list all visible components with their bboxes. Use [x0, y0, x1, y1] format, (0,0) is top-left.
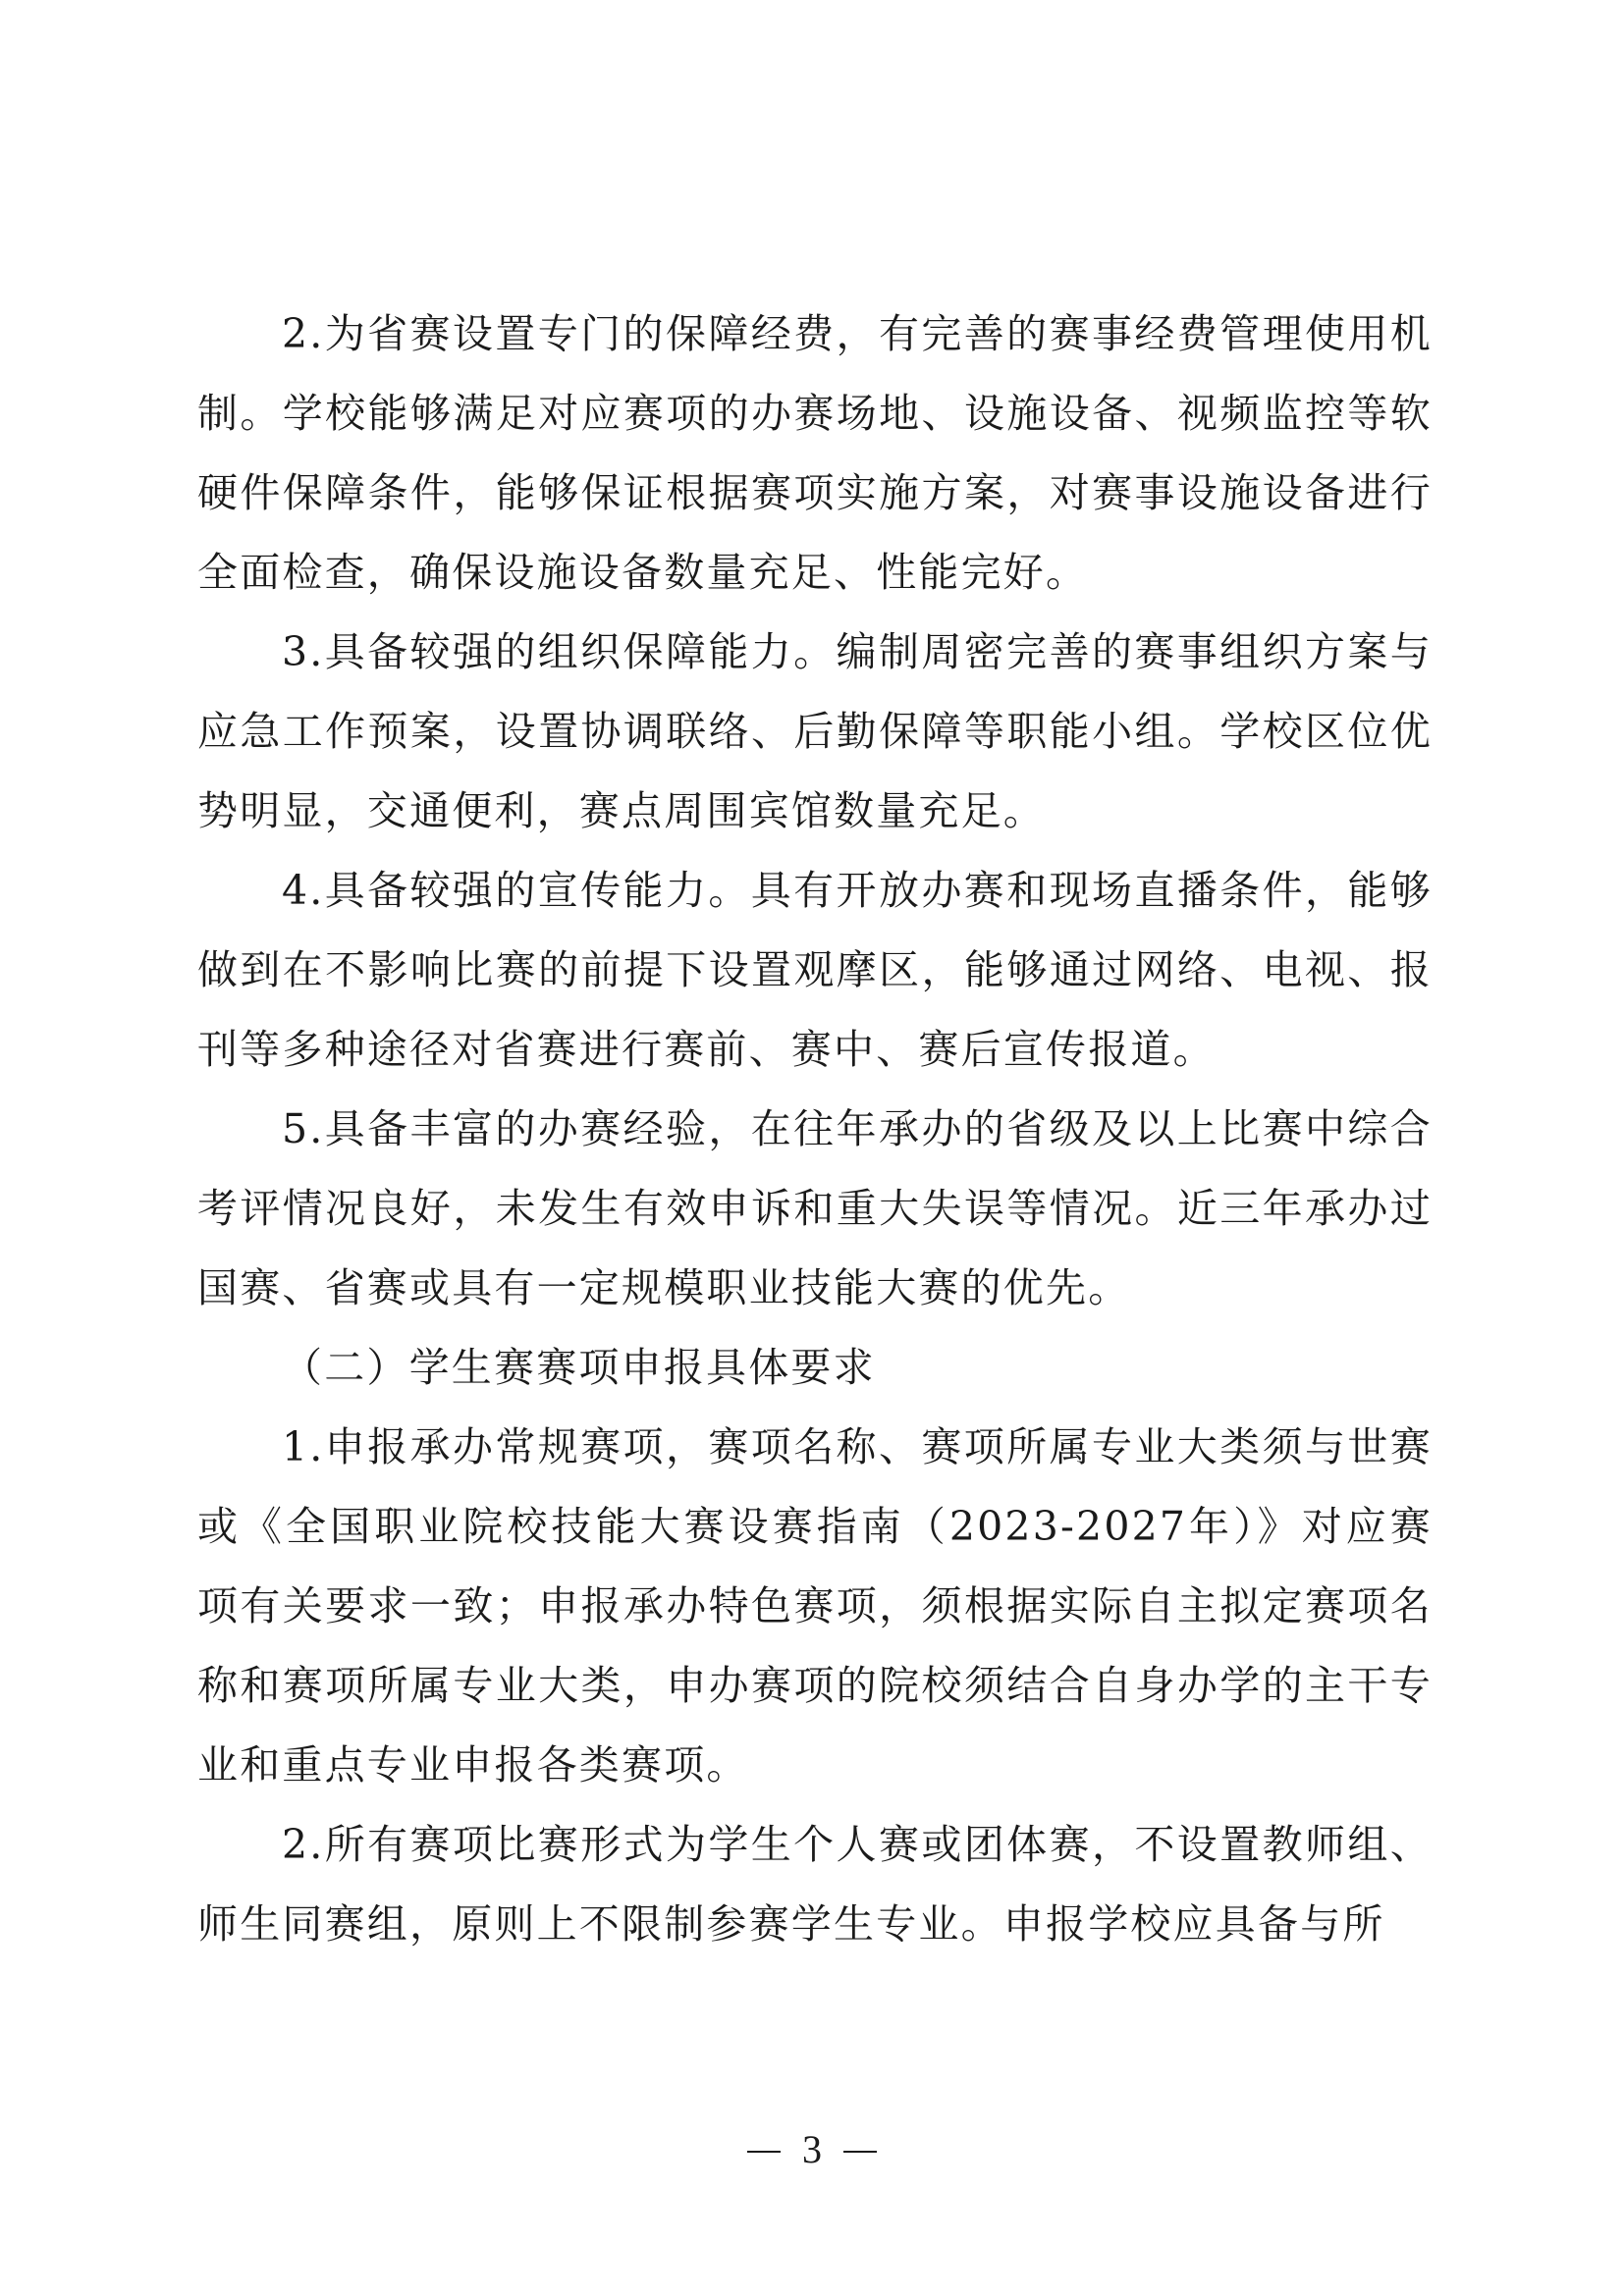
paragraph-item-1-application: 1.申报承办常规赛项，赛项名称、赛项所属专业大类须与世赛或《全国职业院校技能大赛…: [197, 1408, 1433, 1805]
document-body: 2.为省赛设置专门的保障经费，有完善的赛事经费管理使用机制。学校能够满足对应赛项…: [197, 294, 1433, 1964]
page-number: 3: [802, 2127, 822, 2171]
document-page: 2.为省赛设置专门的保障经费，有完善的赛事经费管理使用机制。学校能够满足对应赛项…: [0, 0, 1624, 2296]
paragraph-item-2-format: 2.所有赛项比赛形式为学生个人赛或团体赛，不设置教师组、师生同赛组，原则上不限制…: [197, 1805, 1433, 1964]
page-footer: 3: [0, 2120, 1624, 2179]
paragraph-item-2-funding: 2.为省赛设置专门的保障经费，有完善的赛事经费管理使用机制。学校能够满足对应赛项…: [197, 294, 1433, 613]
section-heading-student-competition: （二）学生赛赛项申报具体要求: [197, 1328, 1433, 1408]
paragraph-item-5-experience: 5.具备丰富的办赛经验，在往年承办的省级及以上比赛中综合考评情况良好，未发生有效…: [197, 1090, 1433, 1328]
paragraph-item-4-publicity: 4.具备较强的宣传能力。具有开放办赛和现场直播条件，能够做到在不影响比赛的前提下…: [197, 851, 1433, 1090]
dash-right-icon: [843, 2151, 877, 2153]
paragraph-item-3-organization: 3.具备较强的组织保障能力。编制周密完善的赛事组织方案与应急工作预案，设置协调联…: [197, 613, 1433, 851]
dash-left-icon: [747, 2151, 781, 2153]
